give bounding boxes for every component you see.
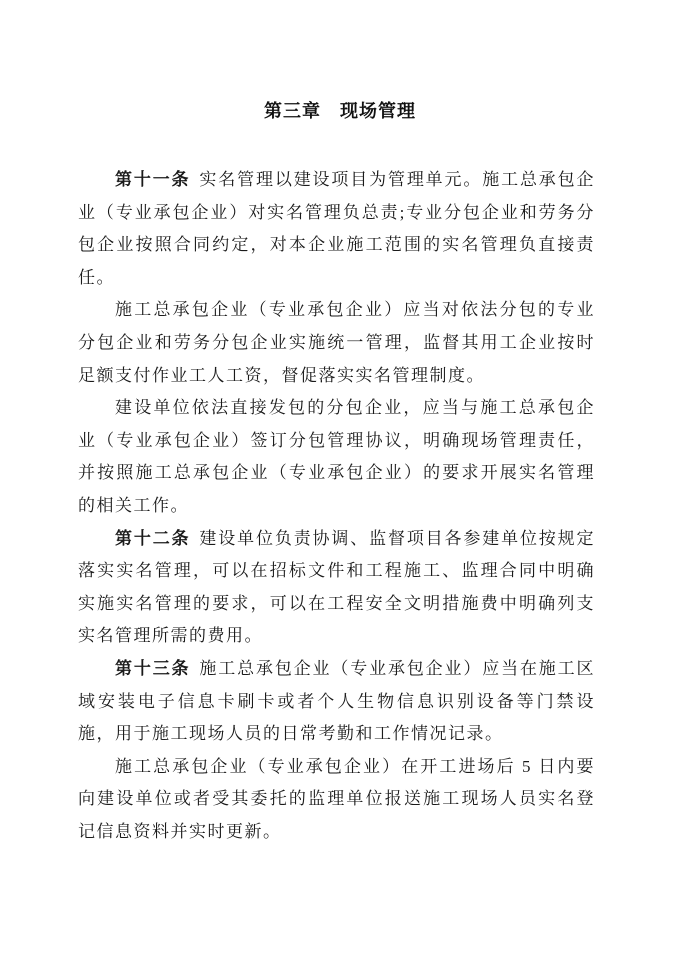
article-number: 第十二条	[115, 529, 190, 548]
paragraph: 第十一条实名管理以建设项目为管理单元。施工总承包企业（专业承包企业）对实名管理负…	[78, 164, 595, 294]
paragraph-text: 施工总承包企业（专业承包企业）在开工进场后 5 日内要向建设单位或者受其委托的监…	[78, 757, 595, 841]
paragraph: 第十三条施工总承包企业（专业承包企业）应当在施工区域安装电子信息卡刷卡或者个人生…	[78, 653, 595, 751]
paragraph: 施工总承包企业（专业承包企业）应当对依法分包的专业分包企业和劳务分包企业实施统一…	[78, 294, 595, 392]
chapter-title: 第三章 现场管理	[0, 97, 680, 123]
document-page: 第三章 现场管理 第十一条实名管理以建设项目为管理单元。施工总承包企业（专业承包…	[0, 0, 680, 962]
paragraph-text: 建设单位依法直接发包的分包企业，应当与施工总承包企业（专业承包企业）签订分包管理…	[78, 398, 595, 515]
paragraph: 建设单位依法直接发包的分包企业，应当与施工总承包企业（专业承包企业）签订分包管理…	[78, 392, 595, 522]
paragraph-text: 施工总承包企业（专业承包企业）应当对依法分包的专业分包企业和劳务分包企业实施统一…	[78, 300, 595, 384]
article-number: 第十一条	[115, 170, 190, 189]
paragraph: 施工总承包企业（专业承包企业）在开工进场后 5 日内要向建设单位或者受其委托的监…	[78, 751, 595, 849]
paragraph: 第十二条建设单位负责协调、监督项目各参建单位按规定落实实名管理，可以在招标文件和…	[78, 523, 595, 653]
article-number: 第十三条	[115, 659, 190, 678]
document-body: 第十一条实名管理以建设项目为管理单元。施工总承包企业（专业承包企业）对实名管理负…	[78, 164, 595, 848]
